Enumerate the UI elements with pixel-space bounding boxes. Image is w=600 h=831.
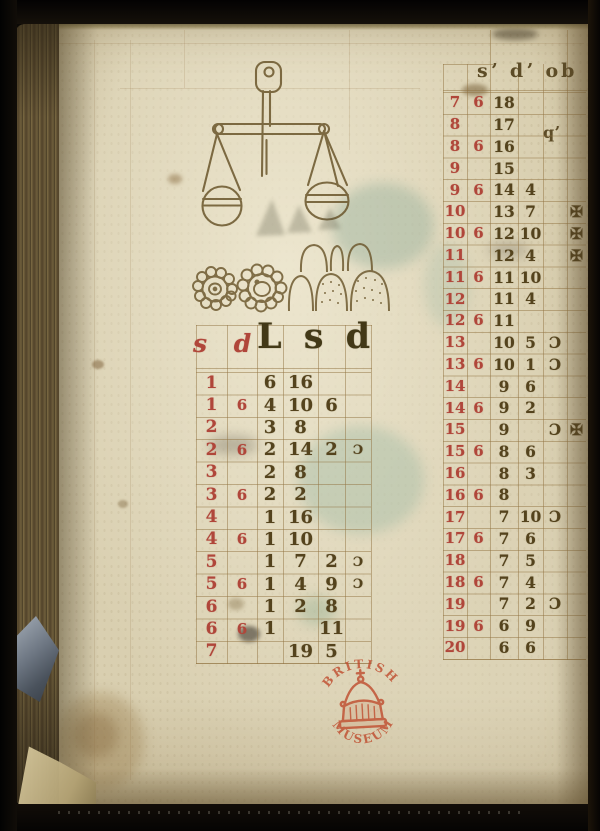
cell-pence: 5 bbox=[518, 335, 543, 351]
right-table-row: 8 17 bbox=[443, 114, 586, 136]
cell-pence: 2 bbox=[318, 553, 345, 571]
cell-shillings: 7 bbox=[490, 596, 518, 612]
cell-shillings-label: 3 bbox=[196, 487, 227, 504]
cell-shillings: 9 bbox=[490, 379, 518, 395]
cell-shillings-label: 16 bbox=[443, 488, 467, 503]
cell-shillings: 11 bbox=[490, 313, 518, 329]
cell-pence: 2 bbox=[318, 441, 345, 459]
cell-pounds: 1 bbox=[257, 509, 283, 527]
cell-shillings: 14 bbox=[490, 182, 518, 198]
cell-pence-label: 6 bbox=[467, 619, 490, 634]
cell-pounds: 2 bbox=[257, 464, 283, 482]
cell-shillings-label: 14 bbox=[443, 401, 467, 416]
left-table: 1 6 16 1 6 4 10 6 2 3 8 bbox=[196, 372, 371, 664]
cell-pence: 4 bbox=[518, 575, 543, 591]
cell-shillings-label: 11 bbox=[443, 270, 467, 285]
left-table-row: 1 6 4 10 6 bbox=[196, 394, 371, 416]
right-table-row: 17 7 10 Ɔ bbox=[443, 506, 586, 528]
cell-obolus: Ɔ bbox=[543, 335, 567, 351]
right-table-row: 12 6 11 bbox=[443, 310, 586, 332]
cell-shillings-label: 19 bbox=[443, 597, 467, 612]
left-table-header-lsd: L s d bbox=[257, 316, 375, 357]
cell-pence: 6 bbox=[318, 397, 345, 415]
cell-pounds: 1 bbox=[257, 598, 283, 616]
cell-shillings: 12 bbox=[490, 226, 518, 242]
cell-shillings-label: 20 bbox=[443, 640, 467, 655]
cell-pounds: 1 bbox=[257, 576, 283, 594]
photo-border-left bbox=[0, 0, 17, 831]
right-table-row: 19 6 6 9 bbox=[443, 615, 586, 637]
cell-pence-label: 6 bbox=[467, 183, 490, 198]
cell-shillings: 16 bbox=[490, 139, 518, 155]
cell-pence-label: 6 bbox=[227, 532, 257, 547]
rosette-2 bbox=[238, 265, 287, 312]
cell-shillings: 10 bbox=[283, 397, 318, 415]
cell-obolus: Ɔ bbox=[543, 422, 567, 438]
cell-shillings-label: 2 bbox=[196, 419, 227, 436]
cell-shillings: 6 bbox=[490, 618, 518, 634]
dome-top-3 bbox=[348, 244, 372, 271]
cell-shillings-label: 2 bbox=[196, 442, 227, 459]
cell-pence-label: 6 bbox=[227, 488, 257, 503]
right-table-row: 19 7 2 Ɔ bbox=[443, 593, 586, 615]
cell-shillings-label: 6 bbox=[196, 599, 227, 616]
cell-shillings-label: 12 bbox=[443, 313, 467, 328]
left-table-row: 2 3 8 bbox=[196, 417, 371, 439]
cell-pence: 4 bbox=[518, 291, 543, 307]
cell-shillings: 11 bbox=[490, 270, 518, 286]
right-table-row: 15 9 Ɔ ✠ bbox=[443, 419, 586, 441]
cell-pence: 3 bbox=[518, 466, 543, 482]
cell-shillings-label: 4 bbox=[196, 509, 227, 526]
cell-obolus: Ɔ bbox=[345, 556, 371, 569]
cell-shillings-label: 18 bbox=[443, 553, 467, 568]
cell-shillings: 7 bbox=[490, 575, 518, 591]
right-table-row: 8 6 16 bbox=[443, 136, 586, 158]
right-table-row: 18 7 5 bbox=[443, 550, 586, 572]
cell-shillings: 9 bbox=[490, 422, 518, 438]
show-through-marks bbox=[256, 199, 341, 236]
left-table-row: 3 6 2 2 bbox=[196, 484, 371, 506]
cell-pence: 10 bbox=[518, 509, 543, 525]
cell-pence-label: 6 bbox=[467, 95, 490, 110]
right-table-row: 16 6 8 bbox=[443, 484, 586, 506]
cell-pence-label: 6 bbox=[227, 622, 257, 637]
cell-pence-label: 6 bbox=[467, 226, 490, 241]
cell-shillings-label: 9 bbox=[443, 161, 467, 176]
cell-pence-label: 6 bbox=[467, 401, 490, 416]
right-table-row: 13 10 5 Ɔ bbox=[443, 332, 586, 354]
right-table-row: 13 6 10 1 Ɔ bbox=[443, 354, 586, 376]
cell-shillings: 8 bbox=[490, 487, 518, 503]
cell-shillings: 10 bbox=[490, 335, 518, 351]
manuscript-photo: s d L s d sʼ dʼ ob qʼ 1 6 16 1 6 4 10 6 bbox=[0, 0, 600, 831]
rosette-weight-drawings bbox=[193, 265, 287, 312]
cell-pence-label: 6 bbox=[467, 357, 490, 372]
right-table-row: 14 9 6 bbox=[443, 375, 586, 397]
cell-pence: 10 bbox=[518, 226, 543, 242]
cell-shillings: 7 bbox=[283, 553, 318, 571]
left-table-row: 6 6 1 11 bbox=[196, 618, 371, 640]
stamp-crown bbox=[337, 669, 386, 728]
cell-shillings-label: 11 bbox=[443, 248, 467, 263]
cell-quadrans: ✠ bbox=[567, 422, 586, 438]
right-table-row: 20 6 6 bbox=[443, 637, 586, 659]
cell-obolus: Ɔ bbox=[345, 578, 371, 591]
photo-border-right bbox=[588, 0, 600, 831]
cell-pounds: 4 bbox=[257, 397, 283, 415]
right-table-row: 15 6 8 6 bbox=[443, 441, 586, 463]
cell-pence: 5 bbox=[518, 553, 543, 569]
cell-pence: 2 bbox=[518, 400, 543, 416]
right-table-row: 16 8 3 bbox=[443, 463, 586, 485]
cell-shillings: 8 bbox=[283, 464, 318, 482]
cell-pence: 4 bbox=[518, 248, 543, 264]
cell-shillings-label: 17 bbox=[443, 531, 467, 546]
cell-shillings: 7 bbox=[490, 509, 518, 525]
photo-border-bottom bbox=[0, 804, 600, 831]
cell-shillings-label: 19 bbox=[443, 619, 467, 634]
cell-shillings: 10 bbox=[490, 357, 518, 373]
cell-shillings-label: 7 bbox=[196, 643, 227, 660]
cell-shillings-label: 9 bbox=[443, 183, 467, 198]
film-edge-marks bbox=[58, 811, 528, 814]
cell-shillings-label: 17 bbox=[443, 510, 467, 525]
left-table-row: 1 6 16 bbox=[196, 372, 371, 394]
right-table-row: 9 6 14 4 bbox=[443, 179, 586, 201]
cell-shillings: 8 bbox=[283, 419, 318, 437]
cell-pence-label: 6 bbox=[467, 531, 490, 546]
british-museum-stamp: BRITISH MUSEUM bbox=[295, 645, 433, 764]
right-table-row: 11 6 11 10 bbox=[443, 266, 586, 288]
left-table-row: 4 1 16 bbox=[196, 506, 371, 528]
cell-obolus: Ɔ bbox=[345, 444, 371, 457]
cell-pence: 1 bbox=[518, 357, 543, 373]
cell-obolus: Ɔ bbox=[543, 509, 567, 525]
cell-pounds: 2 bbox=[257, 441, 283, 459]
cell-pounds: 3 bbox=[257, 419, 283, 437]
cell-shillings-label: 4 bbox=[196, 531, 227, 548]
cell-pence-label: 6 bbox=[467, 313, 490, 328]
cell-pence: 6 bbox=[518, 379, 543, 395]
right-table-row: 11 12 4 ✠ bbox=[443, 245, 586, 267]
cell-pence: 9 bbox=[318, 576, 345, 594]
cell-quadrans: ✠ bbox=[567, 226, 586, 242]
cell-shillings-label: 8 bbox=[443, 139, 467, 154]
cell-pounds: 1 bbox=[257, 531, 283, 549]
cell-pence: 6 bbox=[518, 640, 543, 656]
cell-shillings-label: 1 bbox=[196, 397, 227, 414]
cell-pence-label: 6 bbox=[467, 139, 490, 154]
right-table-row: 7 6 18 bbox=[443, 92, 586, 114]
dome-top-1 bbox=[301, 245, 327, 272]
cell-pounds: 1 bbox=[257, 553, 283, 571]
left-table-header-sd: s d bbox=[193, 329, 260, 358]
cell-shillings: 15 bbox=[490, 161, 518, 177]
cell-shillings: 13 bbox=[490, 204, 518, 220]
cell-pence: 2 bbox=[518, 596, 543, 612]
cell-pence: 4 bbox=[518, 182, 543, 198]
right-table-header: sʼ dʼ ob bbox=[477, 60, 577, 82]
cell-pence: 11 bbox=[318, 620, 345, 638]
left-table-row: 3 2 8 bbox=[196, 462, 371, 484]
cell-pence: 7 bbox=[518, 204, 543, 220]
cell-shillings: 11 bbox=[490, 291, 518, 307]
cell-shillings: 7 bbox=[490, 553, 518, 569]
cell-pence: 6 bbox=[518, 531, 543, 547]
cell-pence-label: 6 bbox=[467, 575, 490, 590]
cell-shillings-label: 10 bbox=[443, 226, 467, 241]
left-table-row: 4 6 1 10 bbox=[196, 529, 371, 551]
right-table-row: 17 6 7 6 bbox=[443, 528, 586, 550]
cell-shillings-label: 15 bbox=[443, 422, 467, 437]
cell-shillings-label: 18 bbox=[443, 575, 467, 590]
cell-shillings: 7 bbox=[490, 531, 518, 547]
cell-pounds: 2 bbox=[257, 486, 283, 504]
cell-pounds: 1 bbox=[257, 620, 283, 638]
cell-pence: 8 bbox=[318, 598, 345, 616]
cell-shillings: 9 bbox=[490, 400, 518, 416]
cell-pounds: 6 bbox=[257, 374, 283, 392]
cell-shillings-label: 5 bbox=[196, 576, 227, 593]
cell-shillings: 4 bbox=[283, 576, 318, 594]
right-table-row: 10 6 12 10 ✠ bbox=[443, 223, 586, 245]
cell-shillings-label: 15 bbox=[443, 444, 467, 459]
cell-shillings-label: 14 bbox=[443, 379, 467, 394]
right-table-row: 9 15 bbox=[443, 157, 586, 179]
cell-pence-label: 6 bbox=[227, 398, 257, 413]
cell-shillings-label: 8 bbox=[443, 117, 467, 132]
dome-top-2 bbox=[331, 246, 343, 271]
rosette-1 bbox=[193, 267, 237, 310]
right-table-row: 18 6 7 4 bbox=[443, 572, 586, 594]
cell-obolus: Ɔ bbox=[543, 596, 567, 612]
cell-shillings-label: 13 bbox=[443, 335, 467, 350]
balance-suspension-hole bbox=[265, 68, 274, 77]
cell-pence-label: 6 bbox=[227, 443, 257, 458]
left-table-row: 5 1 7 2 Ɔ bbox=[196, 551, 371, 573]
cell-shillings: 2 bbox=[283, 486, 318, 504]
left-table-row: 2 6 2 14 2 Ɔ bbox=[196, 439, 371, 461]
photo-border-top bbox=[0, 0, 600, 24]
cell-shillings: 10 bbox=[283, 531, 318, 549]
cell-shillings: 14 bbox=[283, 441, 318, 459]
cell-pence-label: 6 bbox=[467, 270, 490, 285]
cell-shillings-label: 1 bbox=[196, 375, 227, 392]
cell-shillings: 2 bbox=[283, 598, 318, 616]
cell-shillings: 12 bbox=[490, 248, 518, 264]
cell-pence: 6 bbox=[518, 444, 543, 460]
cell-quadrans: ✠ bbox=[567, 248, 586, 264]
left-table-row: 5 6 1 4 9 Ɔ bbox=[196, 574, 371, 596]
cell-shillings: 8 bbox=[490, 466, 518, 482]
cell-pence-label: 6 bbox=[467, 444, 490, 459]
cell-shillings-label: 12 bbox=[443, 292, 467, 307]
dome-weight-drawings bbox=[289, 244, 389, 311]
cell-pence-label: 6 bbox=[467, 488, 490, 503]
cell-shillings: 8 bbox=[490, 444, 518, 460]
cell-shillings: 17 bbox=[490, 117, 518, 133]
cell-quadrans: ✠ bbox=[567, 204, 586, 220]
cell-shillings-label: 6 bbox=[196, 621, 227, 638]
cell-obolus: Ɔ bbox=[543, 357, 567, 373]
left-table-row: 6 1 2 8 bbox=[196, 596, 371, 618]
cell-shillings: 6 bbox=[490, 640, 518, 656]
cell-shillings: 18 bbox=[490, 95, 518, 111]
cell-shillings: 16 bbox=[283, 509, 318, 527]
right-table: 7 6 18 8 17 8 6 16 bbox=[443, 92, 586, 660]
cell-shillings: 16 bbox=[283, 374, 318, 392]
right-table-row: 12 11 4 bbox=[443, 288, 586, 310]
cell-pence-label: 6 bbox=[227, 577, 257, 592]
cell-shillings-label: 7 bbox=[443, 95, 467, 110]
cell-shillings-label: 16 bbox=[443, 466, 467, 481]
balance-scale-drawing bbox=[203, 62, 349, 226]
cell-shillings-label: 13 bbox=[443, 357, 467, 372]
right-table-row: 10 13 7 ✠ bbox=[443, 201, 586, 223]
right-table-row: 14 6 9 2 bbox=[443, 397, 586, 419]
dome-bottom-1 bbox=[289, 276, 313, 311]
dome-bottom-2 bbox=[316, 274, 347, 311]
cell-shillings-label: 10 bbox=[443, 204, 467, 219]
cell-shillings-label: 5 bbox=[196, 554, 227, 571]
cell-pence: 9 bbox=[518, 618, 543, 634]
cell-pence: 10 bbox=[518, 270, 543, 286]
cell-shillings-label: 3 bbox=[196, 464, 227, 481]
